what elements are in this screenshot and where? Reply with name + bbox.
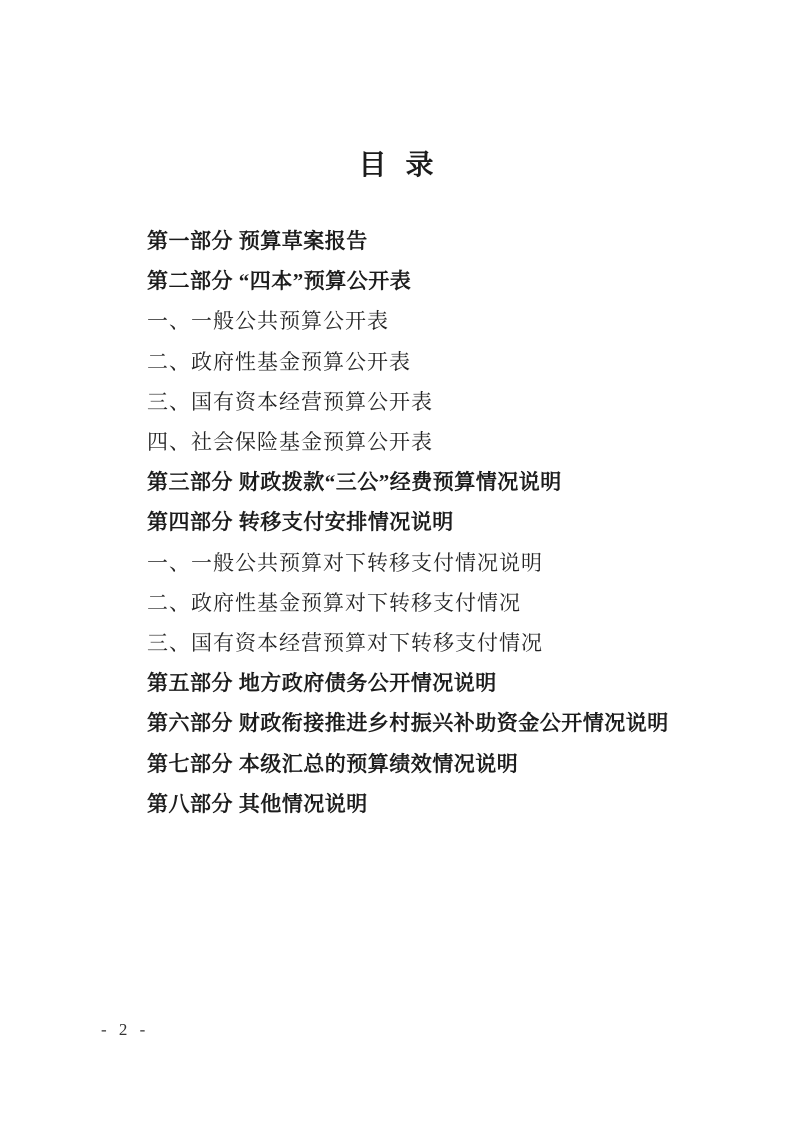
toc-item: 第八部分 其他情况说明	[147, 784, 733, 824]
document-page: 目 录 第一部分 预算草案报告第二部分 “四本”预算公开表一、一般公共预算公开表…	[0, 0, 793, 1122]
toc-item: 第六部分 财政衔接推进乡村振兴补助资金公开情况说明	[147, 703, 733, 743]
toc-item: 三、国有资本经营预算对下转移支付情况	[147, 623, 733, 663]
toc-item: 第一部分 预算草案报告	[147, 221, 733, 261]
toc-item: 第五部分 地方政府债务公开情况说明	[147, 663, 733, 703]
toc-item: 第四部分 转移支付安排情况说明	[147, 502, 733, 542]
toc-item: 四、社会保险基金预算公开表	[147, 422, 733, 462]
toc-item: 三、国有资本经营预算公开表	[147, 382, 733, 422]
toc-item: 一、一般公共预算公开表	[147, 301, 733, 341]
page-number: - 2 -	[101, 1020, 149, 1040]
toc-item: 第三部分 财政拨款“三公”经费预算情况说明	[147, 462, 733, 502]
page-title: 目 录	[0, 143, 793, 183]
toc-item: 第二部分 “四本”预算公开表	[147, 261, 733, 301]
toc-item: 一、一般公共预算对下转移支付情况说明	[147, 543, 733, 583]
toc-item: 二、政府性基金预算公开表	[147, 342, 733, 382]
toc-list: 第一部分 预算草案报告第二部分 “四本”预算公开表一、一般公共预算公开表二、政府…	[147, 221, 733, 824]
toc-item: 第七部分 本级汇总的预算绩效情况说明	[147, 744, 733, 784]
toc-item: 二、政府性基金预算对下转移支付情况	[147, 583, 733, 623]
